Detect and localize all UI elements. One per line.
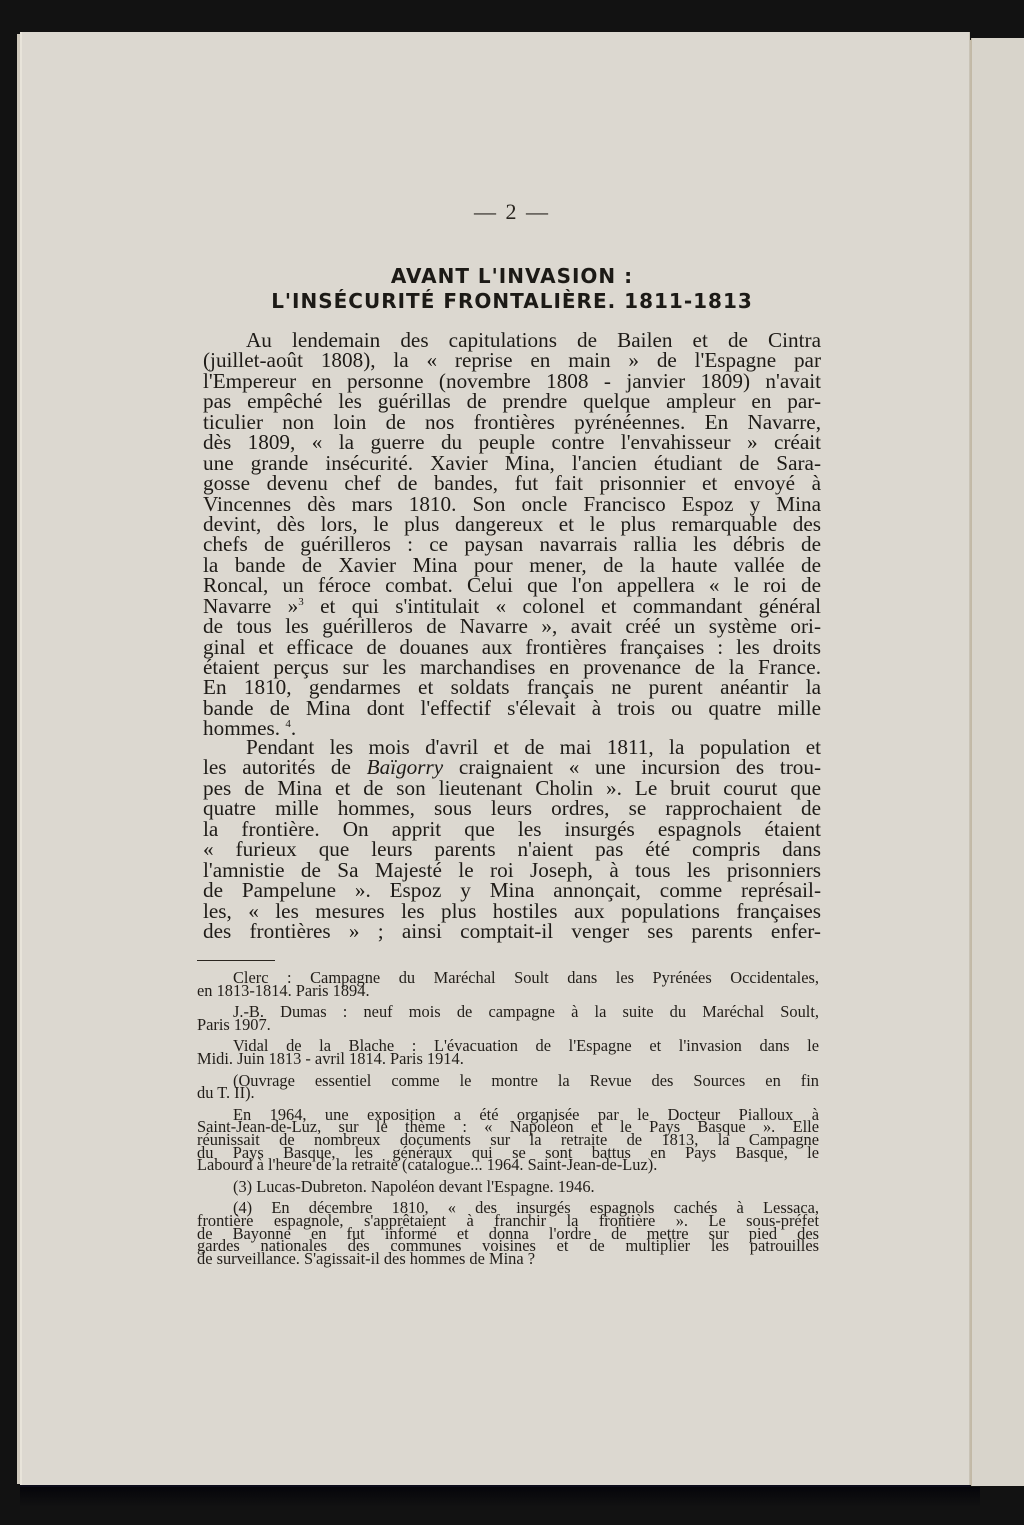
footnote-line: (3) Lucas-Dubreton. Napoléon devant l'Es… — [197, 1181, 819, 1194]
text-line: l'Empereur en personne (novembre 1808 - … — [203, 371, 821, 391]
facing-page-edge — [971, 38, 1024, 1486]
text-line: Navarre »3 et qui s'intitulait « colonel… — [203, 596, 821, 616]
text-line: devint, dès lors, le plus dangereux et l… — [203, 514, 821, 534]
text-line: chefs de guérilleros : ce paysan navarra… — [203, 534, 821, 554]
text-line: de Pampelune ». Espoz y Mina annonçait, … — [203, 880, 821, 900]
text-line: (juillet-août 1808), la « reprise en mai… — [203, 350, 821, 370]
text-line: des frontières » ; ainsi comptait-il ven… — [203, 921, 821, 941]
text-line: une grande insécurité. Xavier Mina, l'an… — [203, 453, 821, 473]
footnote-vidal: Vidal de la Blache : L'évacuation de l'E… — [197, 1040, 819, 1065]
text-line: ginal et efficace de douanes aux frontiè… — [203, 637, 821, 657]
text-line: Pendant les mois d'avril et de mai 1811,… — [203, 737, 821, 757]
text-line: les, « les mesures les plus hostiles aux… — [203, 901, 821, 921]
text-line: l'amnistie de Sa Majesté le roi Joseph, … — [203, 860, 821, 880]
footnote-line: J.-B. Dumas : neuf mois de campagne à la… — [197, 1006, 819, 1019]
body-paragraph-1: Au lendemain des capitulations de Bailen… — [203, 330, 821, 739]
footnote-clerc: Clerc : Campagne du Maréchal Soult dans … — [197, 972, 819, 997]
text-line: ticulier non loin de nos frontières pyré… — [203, 412, 821, 432]
footnote-ref-3[interactable]: 3 — [298, 596, 304, 608]
text-line: étaient perçus sur les marchandises en p… — [203, 657, 821, 677]
text-line: pas empêché les guérillas de prendre que… — [203, 391, 821, 411]
footnote-separator — [197, 960, 275, 961]
text-line: bande de Mina dont l'effectif s'élevait … — [203, 698, 821, 718]
footnote-line: (Ouvrage essentiel comme le montre la Re… — [197, 1075, 819, 1088]
text-line: la frontière. On apprit que les insurgés… — [203, 819, 821, 839]
body-paragraph-2: Pendant les mois d'avril et de mai 1811,… — [203, 737, 821, 941]
chapter-title-line-1: AVANT L'INVASION : — [0, 264, 1024, 288]
footnote-exposition: En 1964, une exposition a été organisée … — [197, 1109, 819, 1172]
text-line: les autorités de Baïgorry craignaient « … — [203, 757, 821, 777]
text-line: Roncal, un féroce combat. Celui que l'on… — [203, 575, 821, 595]
chapter-title-line-2: L'INSÉCURITÉ FRONTALIÈRE. 1811-1813 — [0, 289, 1024, 313]
page-number: — 2 — — [0, 199, 1024, 225]
footnotes-section: Clerc : Campagne du Maréchal Soult dans … — [197, 972, 819, 1274]
text-line: En 1810, gendarmes et soldats français n… — [203, 677, 821, 697]
footnote-3: (3) Lucas-Dubreton. Napoléon devant l'Es… — [197, 1181, 819, 1194]
text-line: la bande de Xavier Mina pour mener, de l… — [203, 555, 821, 575]
footnote-dumas: J.-B. Dumas : neuf mois de campagne à la… — [197, 1006, 819, 1031]
footnote-ouvrage: (Ouvrage essentiel comme le montre la Re… — [197, 1075, 819, 1100]
text-line: dès 1809, « la guerre du peuple contre l… — [203, 432, 821, 452]
text-line: pes de Mina et de son lieutenant Cholin … — [203, 778, 821, 798]
text-line: quatre mille hommes, sous leurs ordres, … — [203, 798, 821, 818]
text-line: de tous les guérilleros de Navarre », av… — [203, 616, 821, 636]
footnote-4: (4) En décembre 1810, « des insurgés esp… — [197, 1202, 819, 1265]
text-line: gosse devenu chef de bandes, fut fait pr… — [203, 473, 821, 493]
page-shadow — [20, 1487, 980, 1507]
text-line: Vincennes dès mars 1810. Son oncle Franc… — [203, 494, 821, 514]
text-line: Au lendemain des capitulations de Bailen… — [203, 330, 821, 350]
text-line: « furieux que leurs parents n'aient pas … — [203, 839, 821, 859]
